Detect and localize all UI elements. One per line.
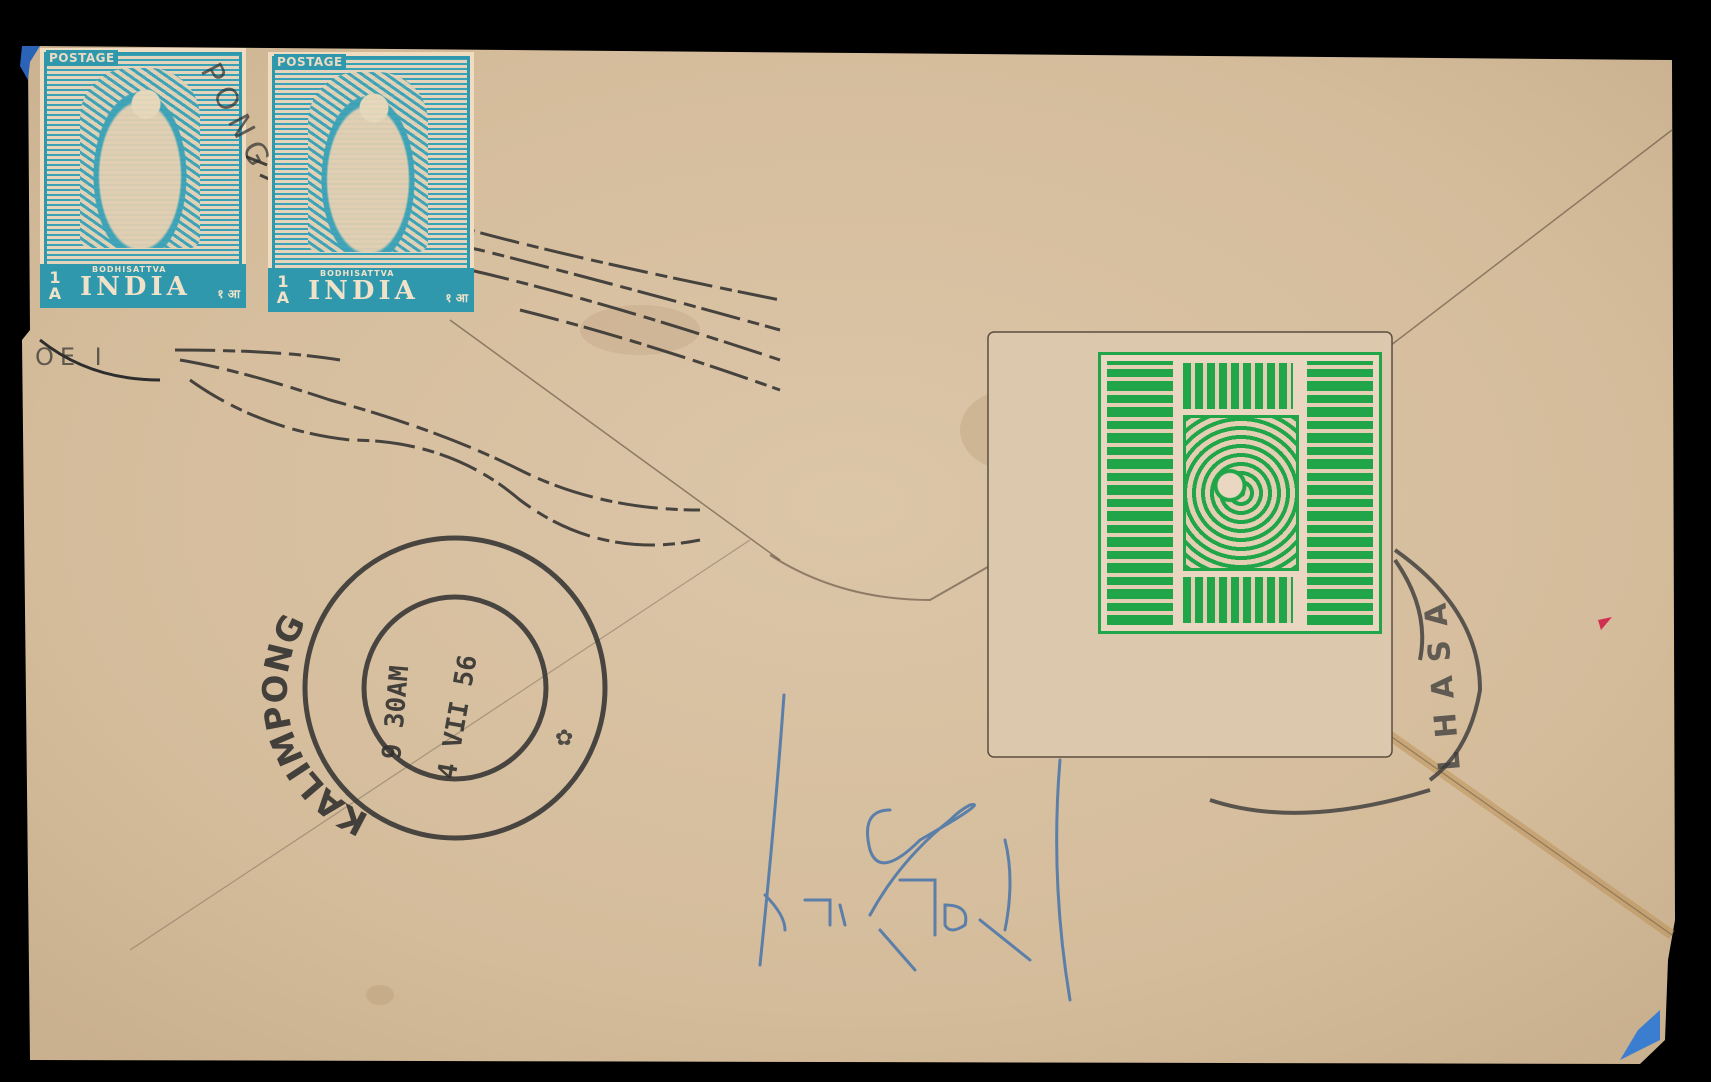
kalimpong-time-text: 9 30AM [377, 664, 415, 760]
postmark-text-layer: KALIMPONG 9 30AM 4 VII 56 ✿ PONG LHASA O… [0, 0, 1711, 1082]
kalimpong-town-text: KALIMPONG [256, 608, 374, 843]
kalimpong-bottom-mark: ✿ [555, 726, 573, 751]
lhasa-postmark-text: LHASA [1417, 588, 1468, 773]
machine-cancel-text: PONG [193, 57, 280, 179]
kalimpong-date-text: 4 VII 56 [432, 653, 483, 782]
partial-postmark-text: OE I [35, 343, 108, 371]
